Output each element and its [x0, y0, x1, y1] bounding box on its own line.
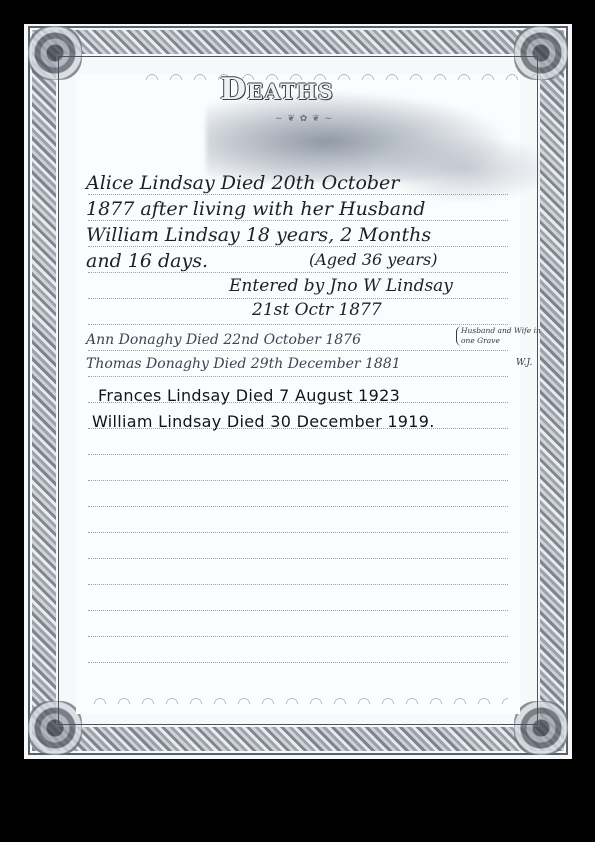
entry-line: 1877 after living with her Husband — [86, 198, 425, 220]
ruled-line — [88, 350, 508, 351]
entry-date: 21st Octr 1877 — [252, 300, 382, 320]
ruled-line — [88, 662, 508, 663]
entry-line: William Lindsay 18 years, 2 Months — [86, 224, 431, 246]
entry-line: Ann Donaghy Died 22nd October 1876 — [86, 332, 361, 348]
entry-signature: Entered by Jno W Lindsay — [229, 276, 453, 296]
ruled-line — [88, 558, 508, 559]
entry-line: William Lindsay Died 30 December 1919. — [92, 412, 435, 431]
ruled-line — [88, 272, 508, 273]
ruled-line — [88, 454, 508, 455]
ruled-line — [88, 636, 508, 637]
ruled-line — [88, 220, 508, 221]
ruled-line — [88, 246, 508, 247]
ruled-line — [88, 324, 508, 325]
ruled-line — [88, 610, 508, 611]
ruled-line — [88, 584, 508, 585]
ruled-line — [88, 194, 508, 195]
register-page: Deaths ~ ❦ ✿ ❦ ~ Alice Lindsay Died 20th… — [24, 24, 572, 759]
entry-line: Alice Lindsay Died 20th October — [86, 172, 399, 194]
ruled-line — [88, 376, 508, 377]
entry-age: (Aged 36 years) — [309, 250, 437, 269]
scalloped-edge-bottom — [88, 698, 508, 704]
title-ornament-icon: ~ ❦ ✿ ❦ ~ — [244, 114, 364, 124]
ruled-line — [88, 480, 508, 481]
entry-line: Thomas Donaghy Died 29th December 1881 — [86, 356, 401, 372]
margin-mark: W.J. — [516, 358, 532, 368]
entry-line: and 16 days. — [86, 250, 208, 272]
page-title: Deaths — [220, 72, 390, 107]
ruled-line — [88, 298, 508, 299]
ruled-line — [88, 506, 508, 507]
entry-line: Frances Lindsay Died 7 August 1923 — [98, 386, 400, 405]
margin-note: Husband and Wife in one Grave — [456, 326, 551, 346]
ruled-line — [88, 532, 508, 533]
